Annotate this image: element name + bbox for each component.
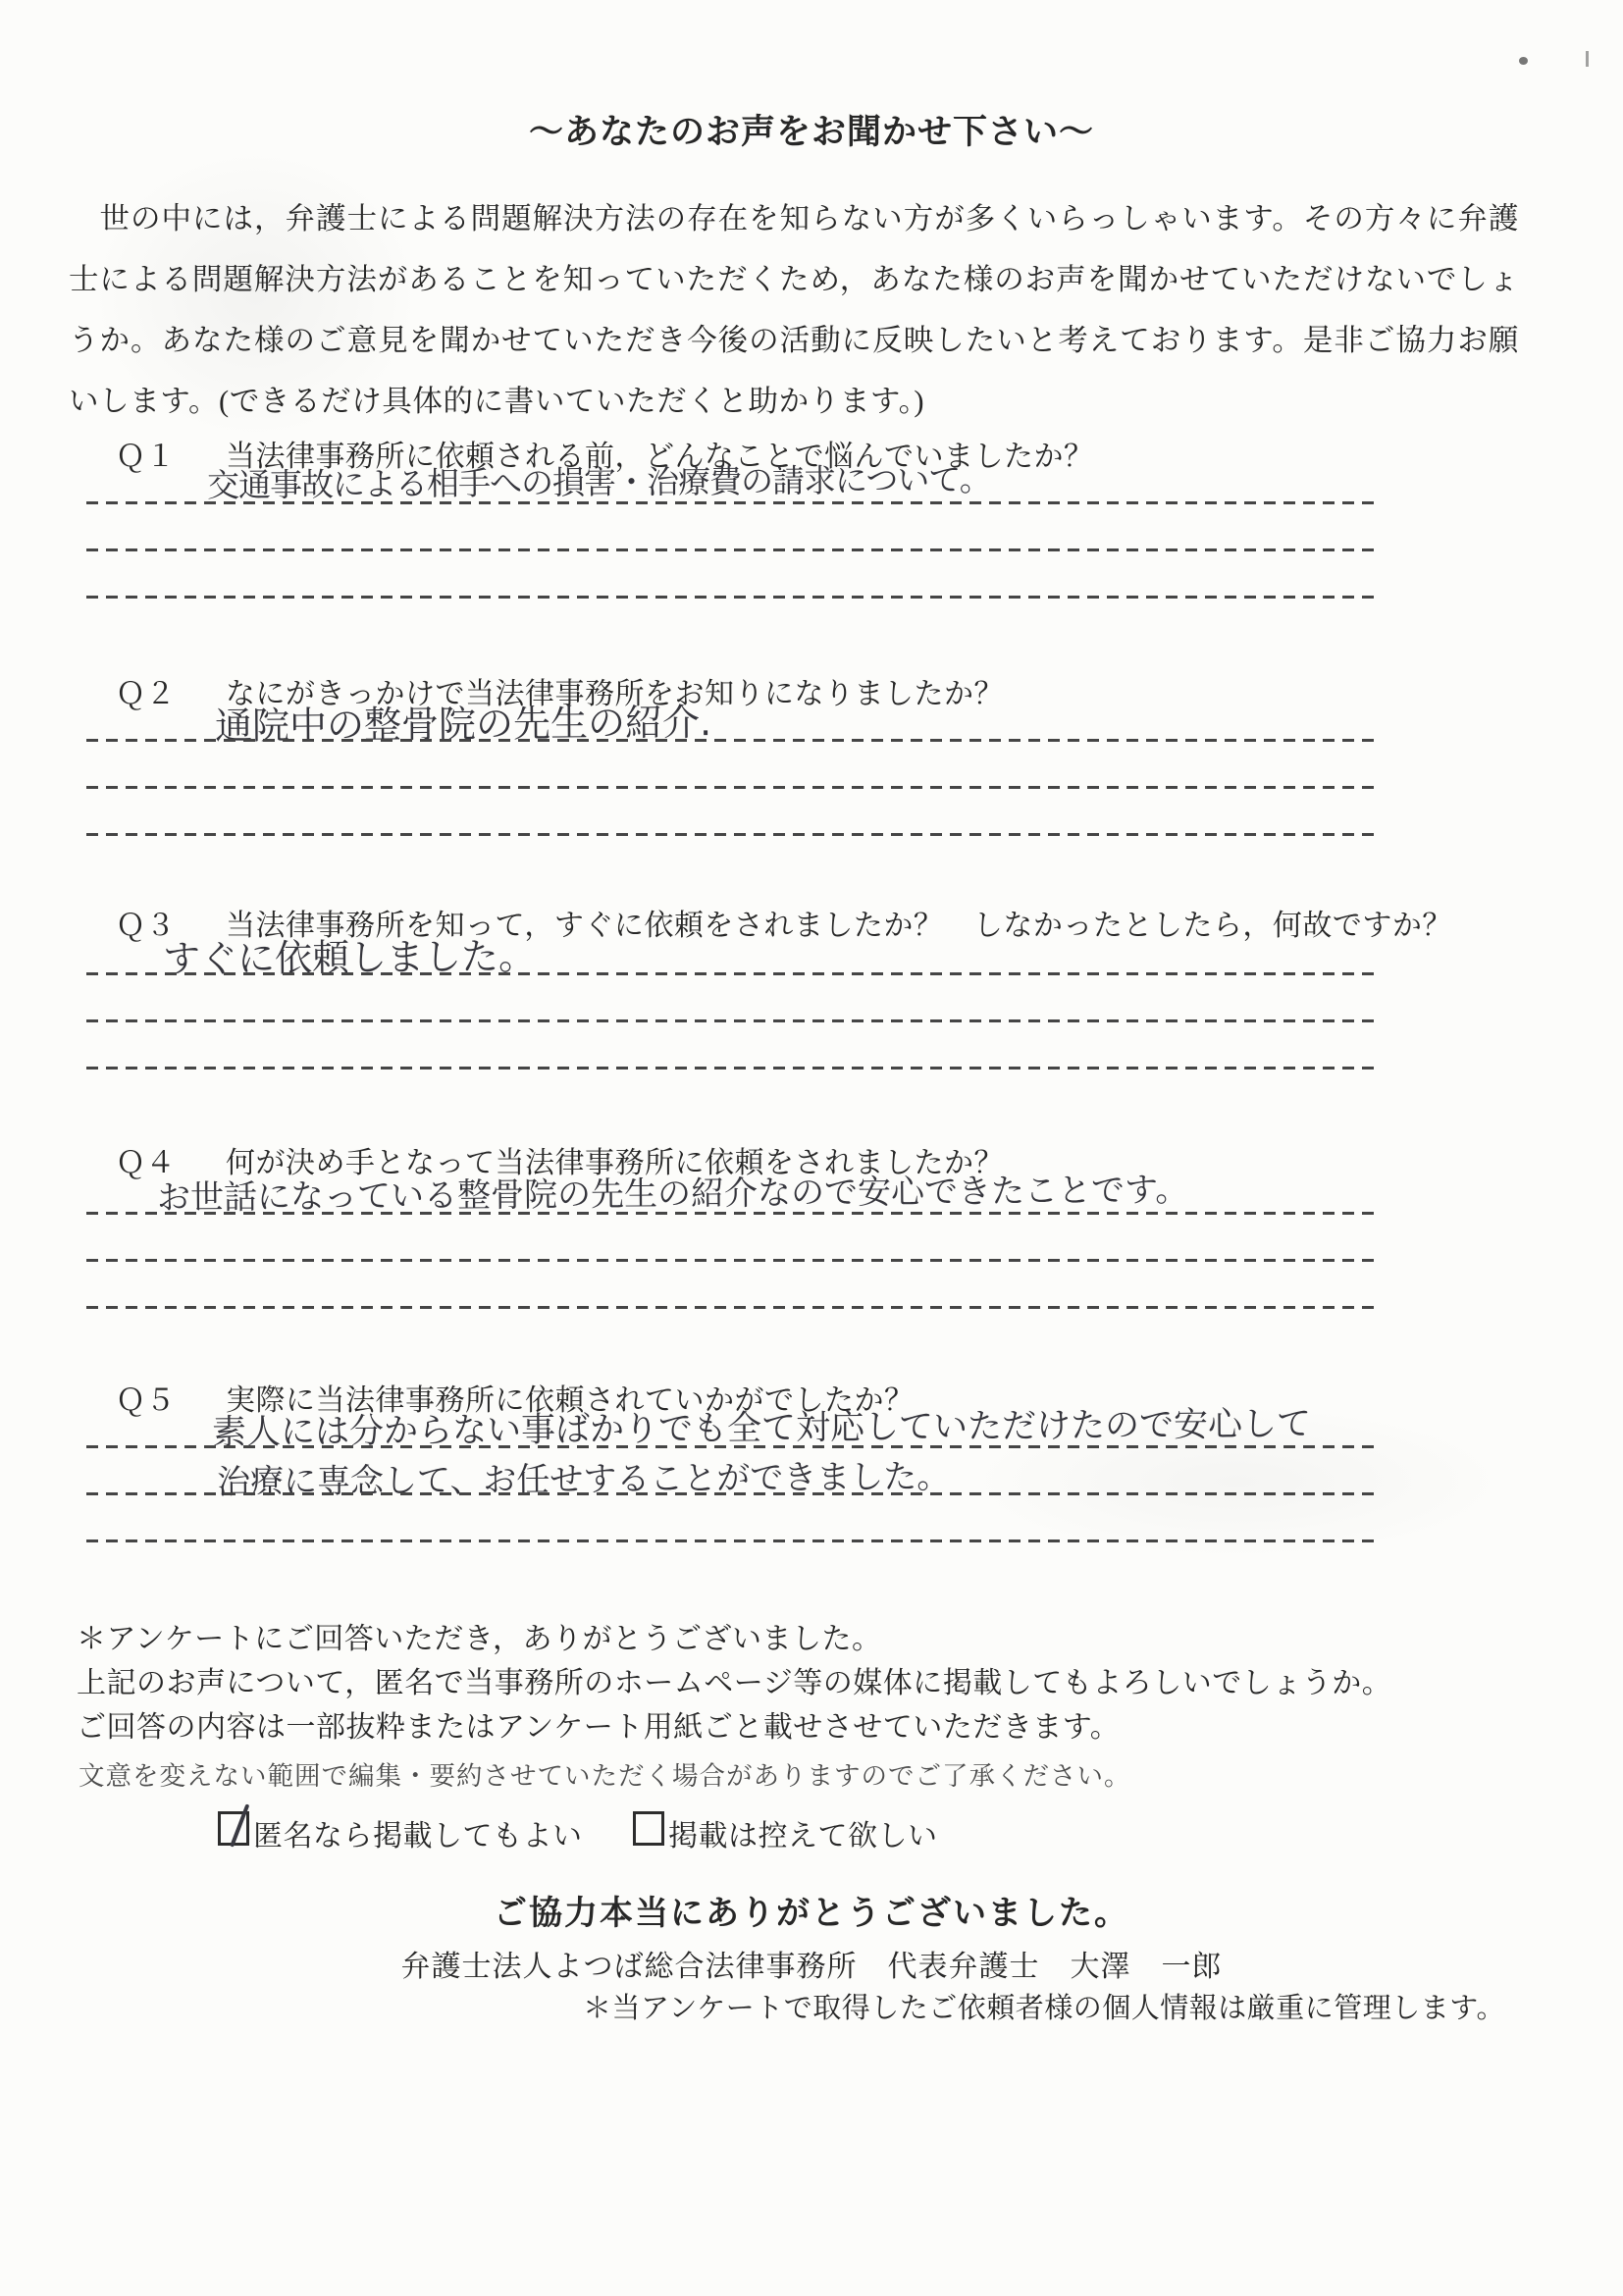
closing-usage: ご回答の内容は一部抜粋またはアンケート用紙ごと載せさせていただきます。 [77, 1702, 1120, 1746]
answer-line [86, 596, 1374, 599]
checkbox-decline-publication-label: 掲載は控えて欲しい [668, 1811, 938, 1854]
answer-line [86, 1067, 1374, 1070]
answer-line [86, 1019, 1374, 1022]
handwritten-check-icon [230, 1803, 249, 1847]
question-2-number: Ｑ２ [116, 669, 226, 712]
answer-line [86, 1212, 1374, 1215]
checkbox-decline-publication [633, 1811, 664, 1846]
closing-edit-note: 文意を変えない範囲で編集・要約させていただく場合がありますのでご了承ください。 [79, 1754, 1131, 1793]
answer-line [86, 1445, 1374, 1448]
question-4-handwritten-answer: お世話になっている整骨院の先生の紹介なので安心できたことです。 [157, 1163, 1189, 1219]
checkbox-anonymous-ok-label: 匿名なら掲載してもよい [253, 1811, 583, 1854]
intro-paragraph: 世の中には，弁護士による問題解決方法の存在を知らない方が多くいらっしゃいます。そ… [69, 188, 1519, 432]
answer-line [86, 501, 1374, 504]
checkbox-anonymous-ok [218, 1811, 249, 1846]
answer-line [86, 1539, 1374, 1542]
answer-line [86, 548, 1374, 551]
answer-line [86, 833, 1374, 836]
answer-line [86, 739, 1374, 742]
footer-signature: 弁護士法人よつば総合法律事務所 代表弁護士 大澤 一郎 [0, 1942, 1623, 1985]
answer-line [86, 1306, 1374, 1309]
answer-line [86, 1259, 1374, 1262]
question-1-handwritten-answer: 交通事故による相手への損害・治療費の請求について。 [207, 454, 991, 506]
answer-line [86, 1492, 1374, 1495]
survey-scan-page: ～あなたのお声をお聞かせ下さい～ 世の中には，弁護士による問題解決方法の存在を知… [0, 0, 1623, 2296]
footer-thanks: ご協力本当にありがとうございました。 [0, 1886, 1623, 1934]
scan-artifact-dot [1519, 57, 1528, 65]
footer-privacy-note: ＊当アンケートで取得したご依頼者様の個人情報は厳重に管理します。 [583, 1986, 1505, 2026]
closing-thanks: ＊アンケートにご回答いただき，ありがとうございました。 [77, 1614, 882, 1657]
page-title: ～あなたのお声をお聞かせ下さい～ [0, 105, 1623, 154]
question-5-number: Ｑ５ [116, 1376, 226, 1419]
scan-artifact-mark [1586, 51, 1589, 67]
answer-line [86, 972, 1374, 975]
closing-permission: 上記のお声について，匿名で当事務所のホームページ等の媒体に掲載してもよろしいでし… [77, 1658, 1391, 1701]
answer-line [86, 786, 1374, 789]
